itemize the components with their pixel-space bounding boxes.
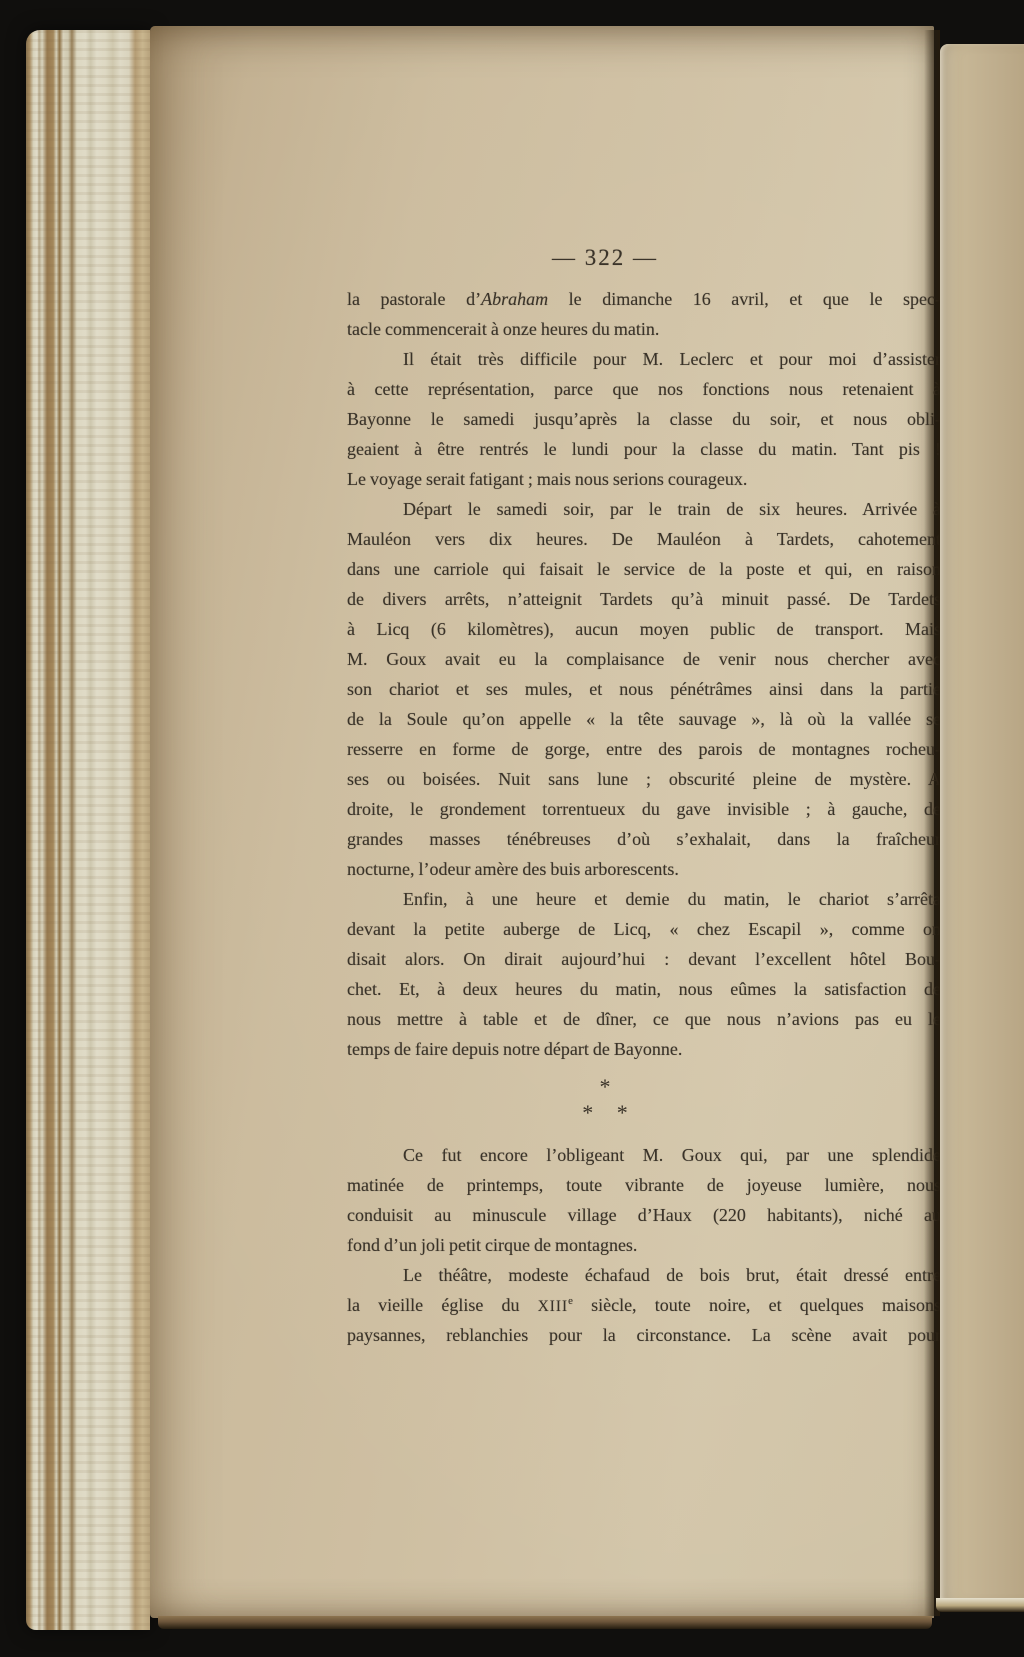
text-segment: le dimanche 16 avril, et que le spec- bbox=[548, 289, 941, 309]
text-line: à Licq (6 kilomètres), aucun moyen publi… bbox=[347, 614, 941, 644]
page-text-layer: — 322 — la pastorale d’Abraham le dimanc… bbox=[150, 26, 934, 1618]
text-line: disait alors. On dirait aujourd’hui : de… bbox=[347, 944, 941, 974]
text-line: resserre en forme de gorge, entre des pa… bbox=[347, 734, 941, 764]
asterisk-row: * * bbox=[347, 1100, 863, 1126]
text-line: la pastorale d’Abraham le dimanche 16 av… bbox=[347, 284, 941, 314]
text-line: la vieille église du XIIIe siècle, toute… bbox=[347, 1290, 941, 1320]
page-gutter-shadow bbox=[924, 30, 940, 1616]
section-separator: * * * bbox=[347, 1074, 863, 1130]
text-line: paysannes, reblanchies pour la circonsta… bbox=[347, 1320, 941, 1350]
text-line: tacle commencerait à onze heures du mati… bbox=[347, 314, 941, 344]
text-line: ses ou boisées. Nuit sans lune ; obscuri… bbox=[347, 764, 941, 794]
adjacent-page-bottom-edge bbox=[936, 1598, 1024, 1612]
text-line: devant la petite auberge de Licq, « chez… bbox=[347, 914, 941, 944]
body-text-upper: la pastorale d’Abraham le dimanche 16 av… bbox=[347, 284, 941, 1064]
text-line: grandes masses ténébreuses d’où s’exhala… bbox=[347, 824, 941, 854]
text-line: Départ le samedi soir, par le train de s… bbox=[347, 494, 941, 524]
body-text-lower: Ce fut encore l’obligeant M. Goux qui, p… bbox=[347, 1140, 941, 1350]
text-line: geaient à être rentrés le lundi pour la … bbox=[347, 434, 941, 464]
text-line: à cette représentation, parce que nos fo… bbox=[347, 374, 941, 404]
text-line: droite, le grondement torrentueux du gav… bbox=[347, 794, 941, 824]
text-line: temps de faire depuis notre départ de Ba… bbox=[347, 1034, 941, 1064]
text-line: Mauléon vers dix heures. De Mauléon à Ta… bbox=[347, 524, 941, 554]
text-line: Bayonne le samedi jusqu’après la classe … bbox=[347, 404, 941, 434]
text-line: Ce fut encore l’obligeant M. Goux qui, p… bbox=[347, 1140, 941, 1170]
text-line: fond d’un joli petit cirque de montagnes… bbox=[347, 1230, 941, 1260]
text-line: conduisit au minuscule village d’Haux (2… bbox=[347, 1200, 941, 1230]
book-page-edges bbox=[26, 30, 150, 1630]
asterisk-row: * bbox=[347, 1074, 863, 1100]
adjacent-page-edge bbox=[940, 44, 1024, 1604]
roman-numeral: XIII bbox=[538, 1298, 568, 1315]
text-segment: la pastorale d’ bbox=[347, 289, 481, 309]
text-line: matinée de printemps, toute vibrante de … bbox=[347, 1170, 941, 1200]
text-line: M. Goux avait eu la complaisance de veni… bbox=[347, 644, 941, 674]
text-line: Le voyage serait fatigant ; mais nous se… bbox=[347, 464, 941, 494]
italic-title: Abraham bbox=[481, 289, 548, 309]
text-line: de divers arrêts, n’atteignit Tardets qu… bbox=[347, 584, 941, 614]
text-line: chet. Et, à deux heures du matin, nous e… bbox=[347, 974, 941, 1004]
text-line: son chariot et ses mules, et nous pénétr… bbox=[347, 674, 941, 704]
text-line: de la Soule qu’on appelle « la tête sauv… bbox=[347, 704, 941, 734]
text-segment: la vieille église du bbox=[347, 1295, 538, 1315]
text-line: dans une carriole qui faisait le service… bbox=[347, 554, 941, 584]
book-photo: { "colors": { "background": "#100f0d", "… bbox=[0, 0, 1024, 1657]
text-segment: siècle, toute noire, et quelques maisons bbox=[573, 1295, 941, 1315]
text-line: Il était très difficile pour M. Leclerc … bbox=[347, 344, 941, 374]
text-line: Le théâtre, modeste échafaud de bois bru… bbox=[347, 1260, 941, 1290]
page-bottom-edge bbox=[158, 1616, 932, 1629]
page-number: — 322 — bbox=[347, 243, 863, 273]
book-page: — 322 — la pastorale d’Abraham le dimanc… bbox=[150, 26, 934, 1618]
text-line: nocturne, l’odeur amère des buis arbores… bbox=[347, 854, 941, 884]
text-line: nous mettre à table et de dîner, ce que … bbox=[347, 1004, 941, 1034]
text-line: Enfin, à une heure et demie du matin, le… bbox=[347, 884, 941, 914]
